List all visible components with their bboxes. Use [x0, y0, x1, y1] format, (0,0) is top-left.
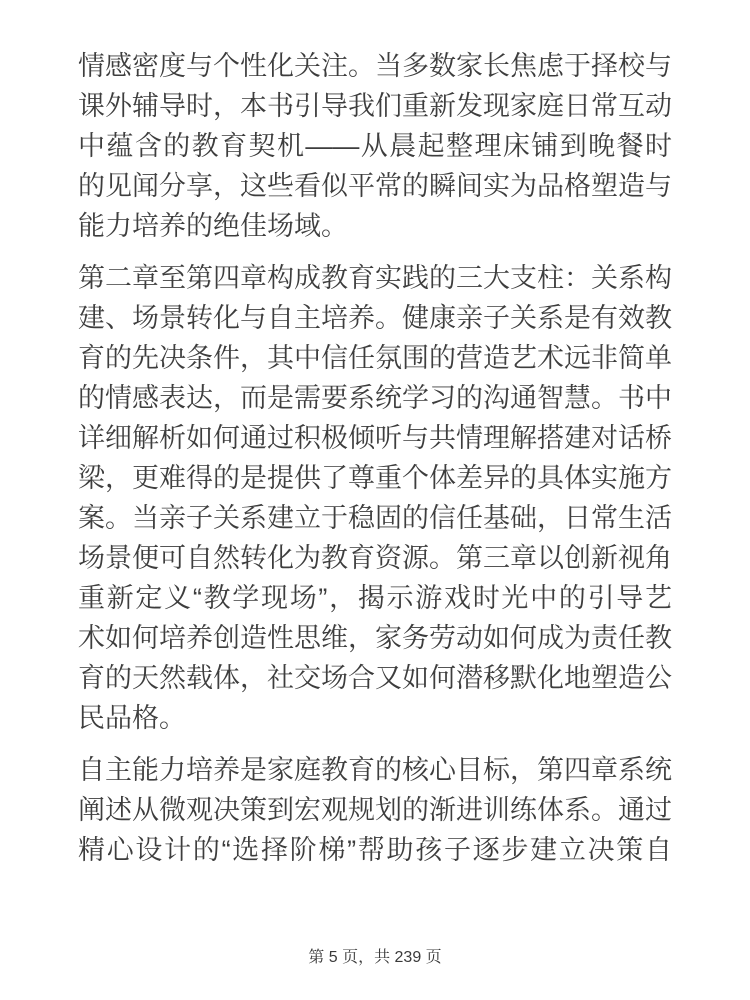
- text-line: 育的天然载体，社交场合又如何潜移默化地塑造公: [78, 658, 672, 698]
- text-line: 的见闻分享，这些看似平常的瞬间实为品格塑造与: [78, 166, 672, 206]
- text-line: 自主能力培养是家庭教育的核心目标，第四章系统: [78, 750, 672, 790]
- paragraph: 第二章至第四章构成教育实践的三大支柱：关系构建、场景转化与自主培养。健康亲子关系…: [78, 258, 672, 738]
- text-line: 阐述从微观决策到宏观规划的渐进训练体系。通过: [78, 790, 672, 830]
- paragraph: 自主能力培养是家庭教育的核心目标，第四章系统阐述从微观决策到宏观规划的渐进训练体…: [78, 750, 672, 870]
- text-line: 详细解析如何通过积极倾听与共情理解搭建对话桥: [78, 418, 672, 458]
- text-line: 精心设计的“选择阶梯”帮助孩子逐步建立决策自: [78, 830, 672, 870]
- text-line: 术如何培养创造性思维，家务劳动如何成为责任教: [78, 618, 672, 658]
- text-line: 案。当亲子关系建立于稳固的信任基础，日常生活: [78, 498, 672, 538]
- document-body: 情感密度与个性化关注。当多数家长焦虑于择校与课外辅导时，本书引导我们重新发现家庭…: [78, 46, 672, 882]
- text-line: 建、场景转化与自主培养。健康亲子关系是有效教: [78, 298, 672, 338]
- paragraph: 情感密度与个性化关注。当多数家长焦虑于择校与课外辅导时，本书引导我们重新发现家庭…: [78, 46, 672, 246]
- text-line: 场景便可自然转化为教育资源。第三章以创新视角: [78, 538, 672, 578]
- text-line: 中蕴含的教育契机——从晨起整理床铺到晚餐时: [78, 126, 672, 166]
- text-line: 第二章至第四章构成教育实践的三大支柱：关系构: [78, 258, 672, 298]
- text-line: 梁，更难得的是提供了尊重个体差异的具体实施方: [78, 458, 672, 498]
- text-line: 能力培养的绝佳场域。: [78, 206, 672, 246]
- page-indicator: 第 5 页，共 239 页: [0, 944, 750, 967]
- text-line: 育的先决条件，其中信任氛围的营造艺术远非简单: [78, 338, 672, 378]
- text-line: 重新定义“教学现场”，揭示游戏时光中的引导艺: [78, 578, 672, 618]
- document-page: 情感密度与个性化关注。当多数家长焦虑于择校与课外辅导时，本书引导我们重新发现家庭…: [0, 0, 750, 1000]
- text-line: 的情感表达，而是需要系统学习的沟通智慧。书中: [78, 378, 672, 418]
- text-line: 课外辅导时，本书引导我们重新发现家庭日常互动: [78, 86, 672, 126]
- text-line: 民品格。: [78, 698, 672, 738]
- text-line: 情感密度与个性化关注。当多数家长焦虑于择校与: [78, 46, 672, 86]
